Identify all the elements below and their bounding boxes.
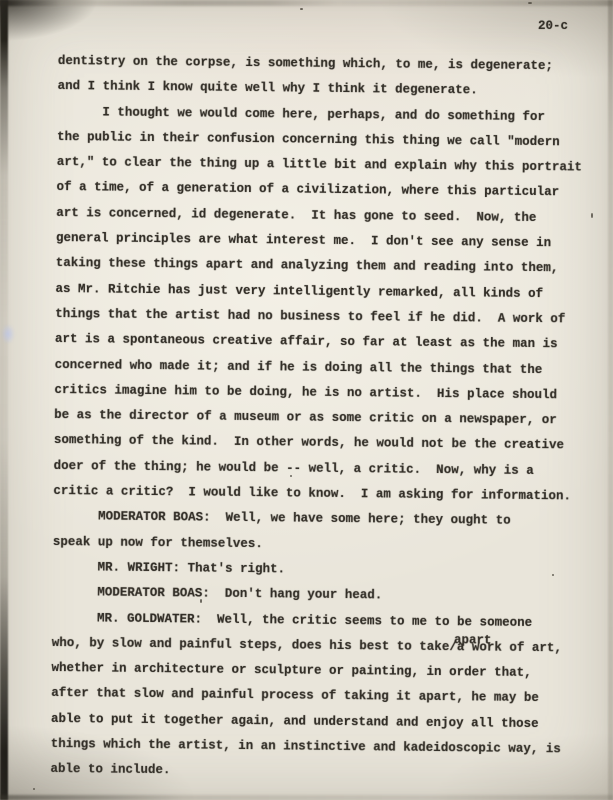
left-edge-shadow [0, 0, 8, 800]
text-line: able to include. [50, 757, 595, 788]
bottom-edge-shadow [0, 795, 613, 800]
paper-speck [300, 8, 303, 10]
right-edge-shadow [608, 0, 613, 800]
inserted-word-apart: apart [454, 628, 492, 654]
paper-speck [33, 788, 35, 790]
insertion-anchor: aparta work of art, [457, 640, 562, 655]
scanned-transcript-page: 20-c dentistry on the corpse, is somethi… [0, 0, 613, 800]
top-edge-shadow [0, 0, 613, 6]
film-light-spot [1, 324, 15, 344]
page-number: 20-c [538, 19, 568, 33]
typewritten-text-block: dentistry on the corpse, is something wh… [50, 49, 603, 788]
line-pre-segment: who, by slow and painful steps, does his… [52, 636, 457, 654]
paper-speck [528, 2, 532, 4]
